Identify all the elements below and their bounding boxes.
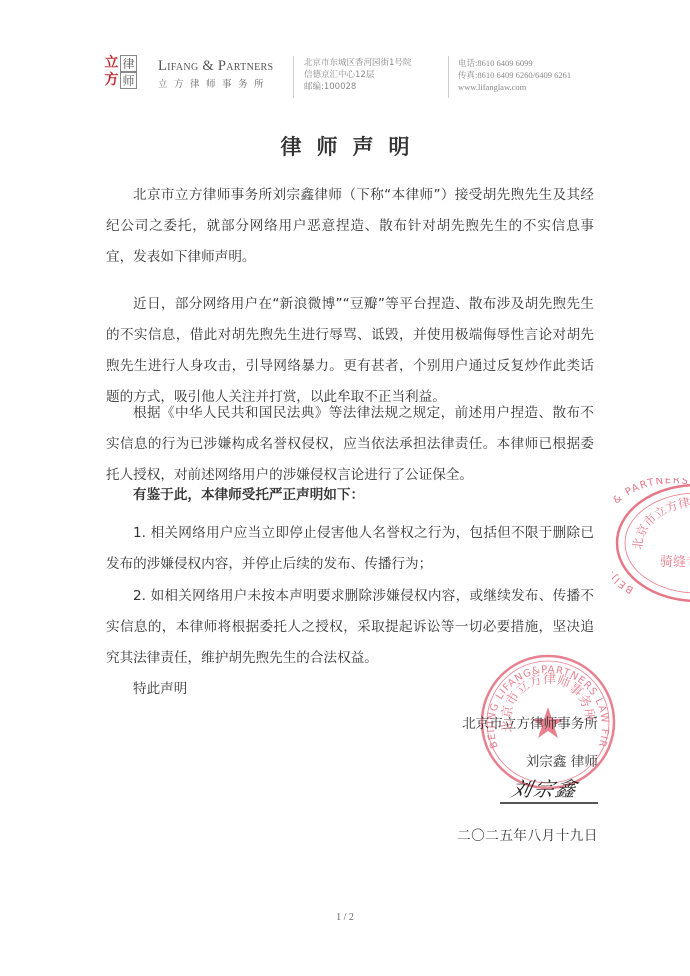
paragraph-declaration-heading: 有鉴于此，本律师受托严正声明如下： <box>106 480 594 511</box>
svg-text:BEIJING LIFANG & PARTNERS: BEIJING LIFANG & PARTNERS <box>612 478 690 595</box>
signature-line <box>500 802 598 804</box>
logo-char: 立 <box>103 55 120 72</box>
paragraph-item-1: 1. 相关网络用户应当立即停止侵害他人名誉权之行为，包括但不限于删除已发布的涉嫌… <box>106 518 594 580</box>
firm-name-english: Lifang & Partners <box>158 58 273 75</box>
address-line: 北京市东城区香河园街1号院 <box>304 57 411 69</box>
address-line: 邮编:100028 <box>304 81 411 93</box>
phone: 电话:8610 6409 6099 <box>458 57 571 69</box>
document-title: 律师声明 <box>0 131 690 161</box>
seam-seal-inner-text: 北京市立方律 <box>630 494 690 550</box>
website: www.lifanglaw.com <box>458 81 571 93</box>
svg-text:北京市立方律: 北京市立方律 <box>630 494 690 550</box>
fax: 传真:8610 6409 6260/6409 6261 <box>458 69 571 81</box>
seam-seal-icon: BEIJING LIFANG & PARTNERS 北京市立方律 骑缝专 <box>612 478 690 608</box>
firm-logo-icon: 立 律 方 师 <box>103 55 137 89</box>
logo-char: 方 <box>103 72 120 89</box>
divider <box>448 56 449 98</box>
address-line: 信德京汇中心12层 <box>304 69 411 81</box>
signature-lawyer: 刘宗鑫 律师 <box>526 750 598 770</box>
divider <box>293 56 294 98</box>
signature-firm: 北京市立方律师事务所 <box>462 712 598 732</box>
firm-contact: 电话:8610 6409 6099 传真:8610 6409 6260/6409… <box>458 57 571 93</box>
letterhead: 立 律 方 师 Lifang & Partners 立方律师事务所 北京市东城区… <box>0 0 690 110</box>
seam-seal-label: 骑缝专 <box>660 554 690 570</box>
logo-char: 律 <box>120 55 137 72</box>
firm-address: 北京市东城区香河园街1号院 信德京汇中心12层 邮编:100028 <box>304 57 411 93</box>
paragraph-legal-basis: 根据《中华人民共和国民法典》等法律法规之规定，前述用户捏造、散布不实信息的行为已… <box>106 398 594 491</box>
seam-seal-outer-text: BEIJING LIFANG & PARTNERS <box>612 478 690 595</box>
paragraph-intro: 北京市立方律师事务所刘宗鑫律师（下称“本律师”）接受胡先煦先生及其经纪公司之委托… <box>106 180 594 273</box>
paragraph-facts: 近日，部分网络用户在“新浪微博”“豆瓣”等平台捏造、散布涉及胡先煦先生的不实信息… <box>106 289 594 413</box>
paragraph-closing: 特此声明 <box>106 674 594 705</box>
signature-date: 二〇二五年八月十九日 <box>457 824 598 844</box>
page-number: 1 / 2 <box>0 912 690 923</box>
handwritten-signature: 刘宗鑫 <box>509 773 599 801</box>
logo-char: 师 <box>120 72 137 89</box>
paragraph-item-2: 2. 如相关网络用户未按本声明要求删除涉嫌侵权内容，或继续发布、传播不实信息的，… <box>106 581 594 674</box>
firm-name-chinese: 立方律师事务所 <box>158 76 270 90</box>
